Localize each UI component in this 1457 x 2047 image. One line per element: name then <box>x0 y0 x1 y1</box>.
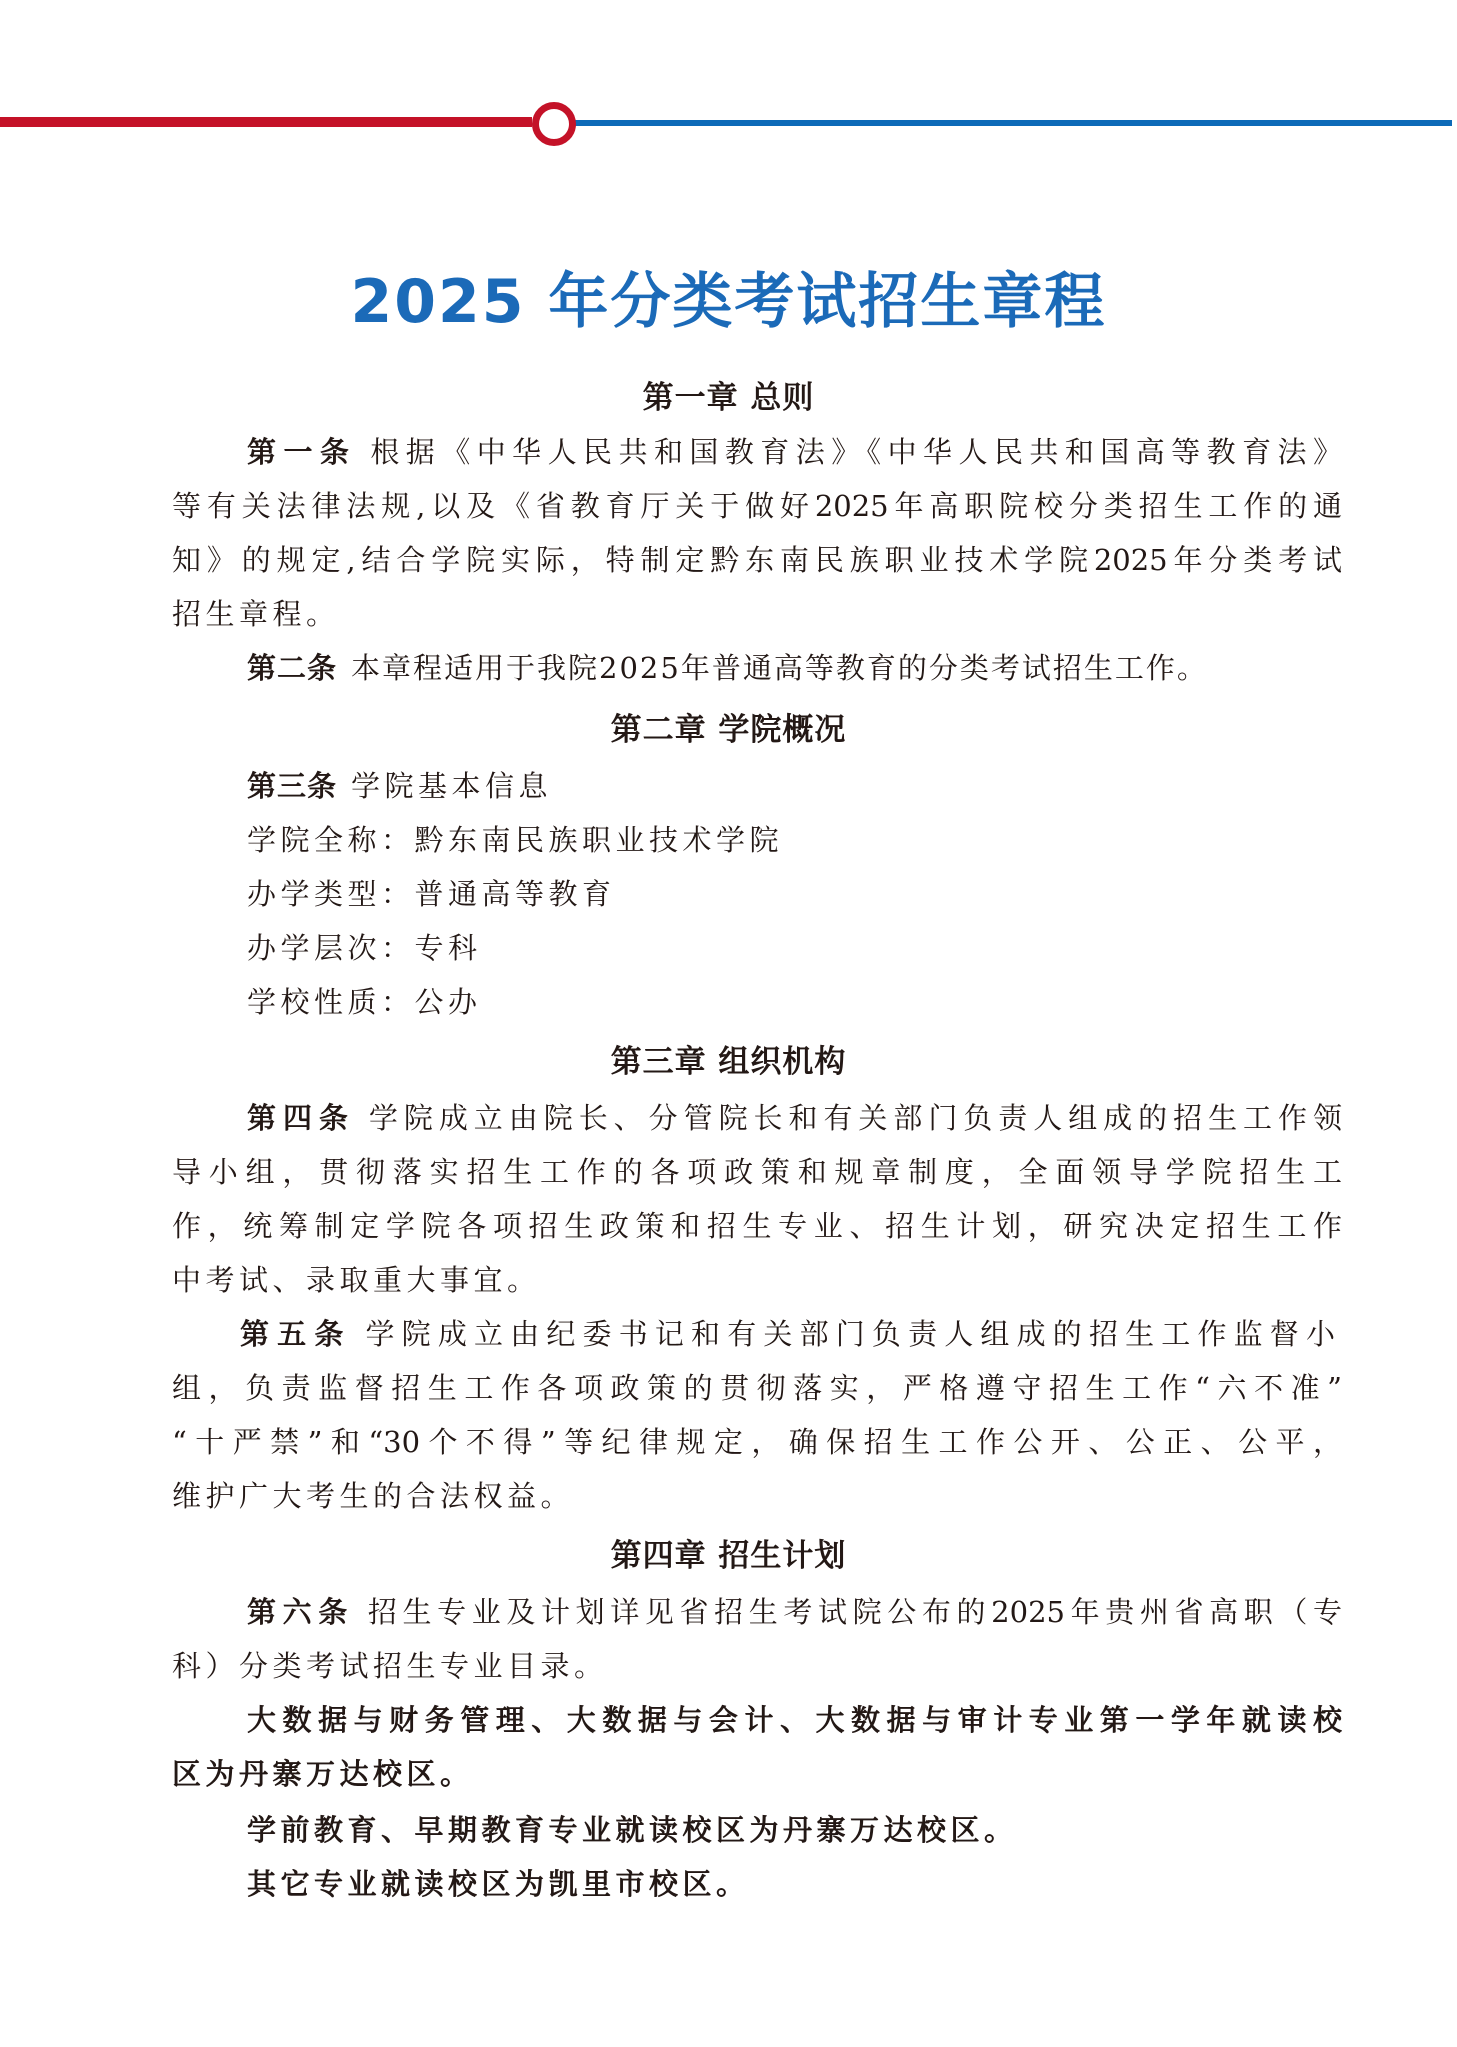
chapter-heading-2: 第二章 学院概况 <box>0 708 1457 752</box>
article-5-line-4: 维护广大考生的合法权益。 <box>172 1474 1342 1518</box>
article-number: 第二条 <box>247 651 337 685</box>
campus-note-2: 学前教育、早期教育专业就读校区为丹寨万达校区。 <box>247 1808 1342 1852</box>
article-5-line-2: 组，负责监督招生工作各项政策的贯彻落实，严格遵守招生工作“六不准” <box>172 1366 1342 1410</box>
header-divider-red-line <box>0 117 532 127</box>
info-school-level: 办学层次：专科 <box>247 926 1342 970</box>
article-number: 第六条 <box>247 1595 354 1629</box>
article-number: 第三条 <box>247 769 337 803</box>
article-1-line-2: 等有关法律法规,以及《省教育厅关于做好2025年高职院校分类招生工作的通 <box>172 484 1342 528</box>
info-full-name: 学院全称：黔东南民族职业技术学院 <box>247 818 1342 862</box>
article-1-line-1: 第一条根据《中华人民共和国教育法》《中华人民共和国高等教育法》 <box>247 430 1342 474</box>
article-number: 第五条 <box>240 1317 352 1351</box>
article-number: 第一条 <box>247 435 356 469</box>
article-4-line-4: 中考试、录取重大事宜。 <box>172 1258 1342 1302</box>
info-value: 普通高等教育 <box>415 877 616 911</box>
header-divider-ring-icon <box>532 102 576 146</box>
info-label: 学院全称： <box>247 823 415 857</box>
campus-note-1-line-1: 大数据与财务管理、大数据与会计、大数据与审计专业第一学年就读校 <box>247 1698 1342 1742</box>
chapter-heading-3: 第三章 组织机构 <box>0 1040 1457 1084</box>
info-label: 学校性质： <box>247 985 415 1019</box>
info-label: 办学层次： <box>247 931 415 965</box>
article-2-line-1: 第二条本章程适用于我院2025年普通高等教育的分类考试招生工作。 <box>247 646 1342 690</box>
chapter-heading-4: 第四章 招生计划 <box>0 1534 1457 1578</box>
campus-note-1-line-2: 区为丹寨万达校区。 <box>172 1752 1342 1796</box>
info-value: 公办 <box>415 985 482 1019</box>
info-school-nature: 学校性质：公办 <box>247 980 1342 1024</box>
info-label: 办学类型： <box>247 877 415 911</box>
info-value: 专科 <box>415 931 482 965</box>
campus-note-3: 其它专业就读校区为凯里市校区。 <box>247 1862 1342 1906</box>
info-value: 黔东南民族职业技术学院 <box>415 823 784 857</box>
header-divider-blue-line <box>574 120 1452 126</box>
article-4-line-3: 作，统筹制定学院各项招生政策和招生专业、招生计划，研究决定招生工作 <box>172 1204 1342 1248</box>
article-4-line-1: 第四条学院成立由院长、分管院长和有关部门负责人组成的招生工作领 <box>247 1096 1342 1140</box>
article-6-line-2: 科）分类考试招生专业目录。 <box>172 1644 1342 1688</box>
article-4-line-2: 导小组，贯彻落实招生工作的各项政策和规章制度，全面领导学院招生工 <box>172 1150 1342 1194</box>
article-6-line-1: 第六条招生专业及计划详见省招生考试院公布的2025年贵州省高职（专 <box>247 1590 1342 1634</box>
article-number: 第四条 <box>247 1101 355 1135</box>
chapter-heading-1: 第一章 总则 <box>0 376 1457 420</box>
info-school-type: 办学类型：普通高等教育 <box>247 872 1342 916</box>
article-3-line-1: 第三条学院基本信息 <box>247 764 1342 808</box>
article-5-line-1: 第五条学院成立由纪委书记和有关部门负责人组成的招生工作监督小 <box>240 1312 1335 1356</box>
article-1-line-4: 招生章程。 <box>172 592 1342 636</box>
document-title: 2025 年分类考试招生章程 <box>0 262 1457 342</box>
article-5-line-3: “十严禁”和“30个不得”等纪律规定，确保招生工作公开、公正、公平， <box>172 1420 1342 1464</box>
article-1-line-3: 知》的规定,结合学院实际，特制定黔东南民族职业技术学院2025年分类考试 <box>172 538 1342 582</box>
